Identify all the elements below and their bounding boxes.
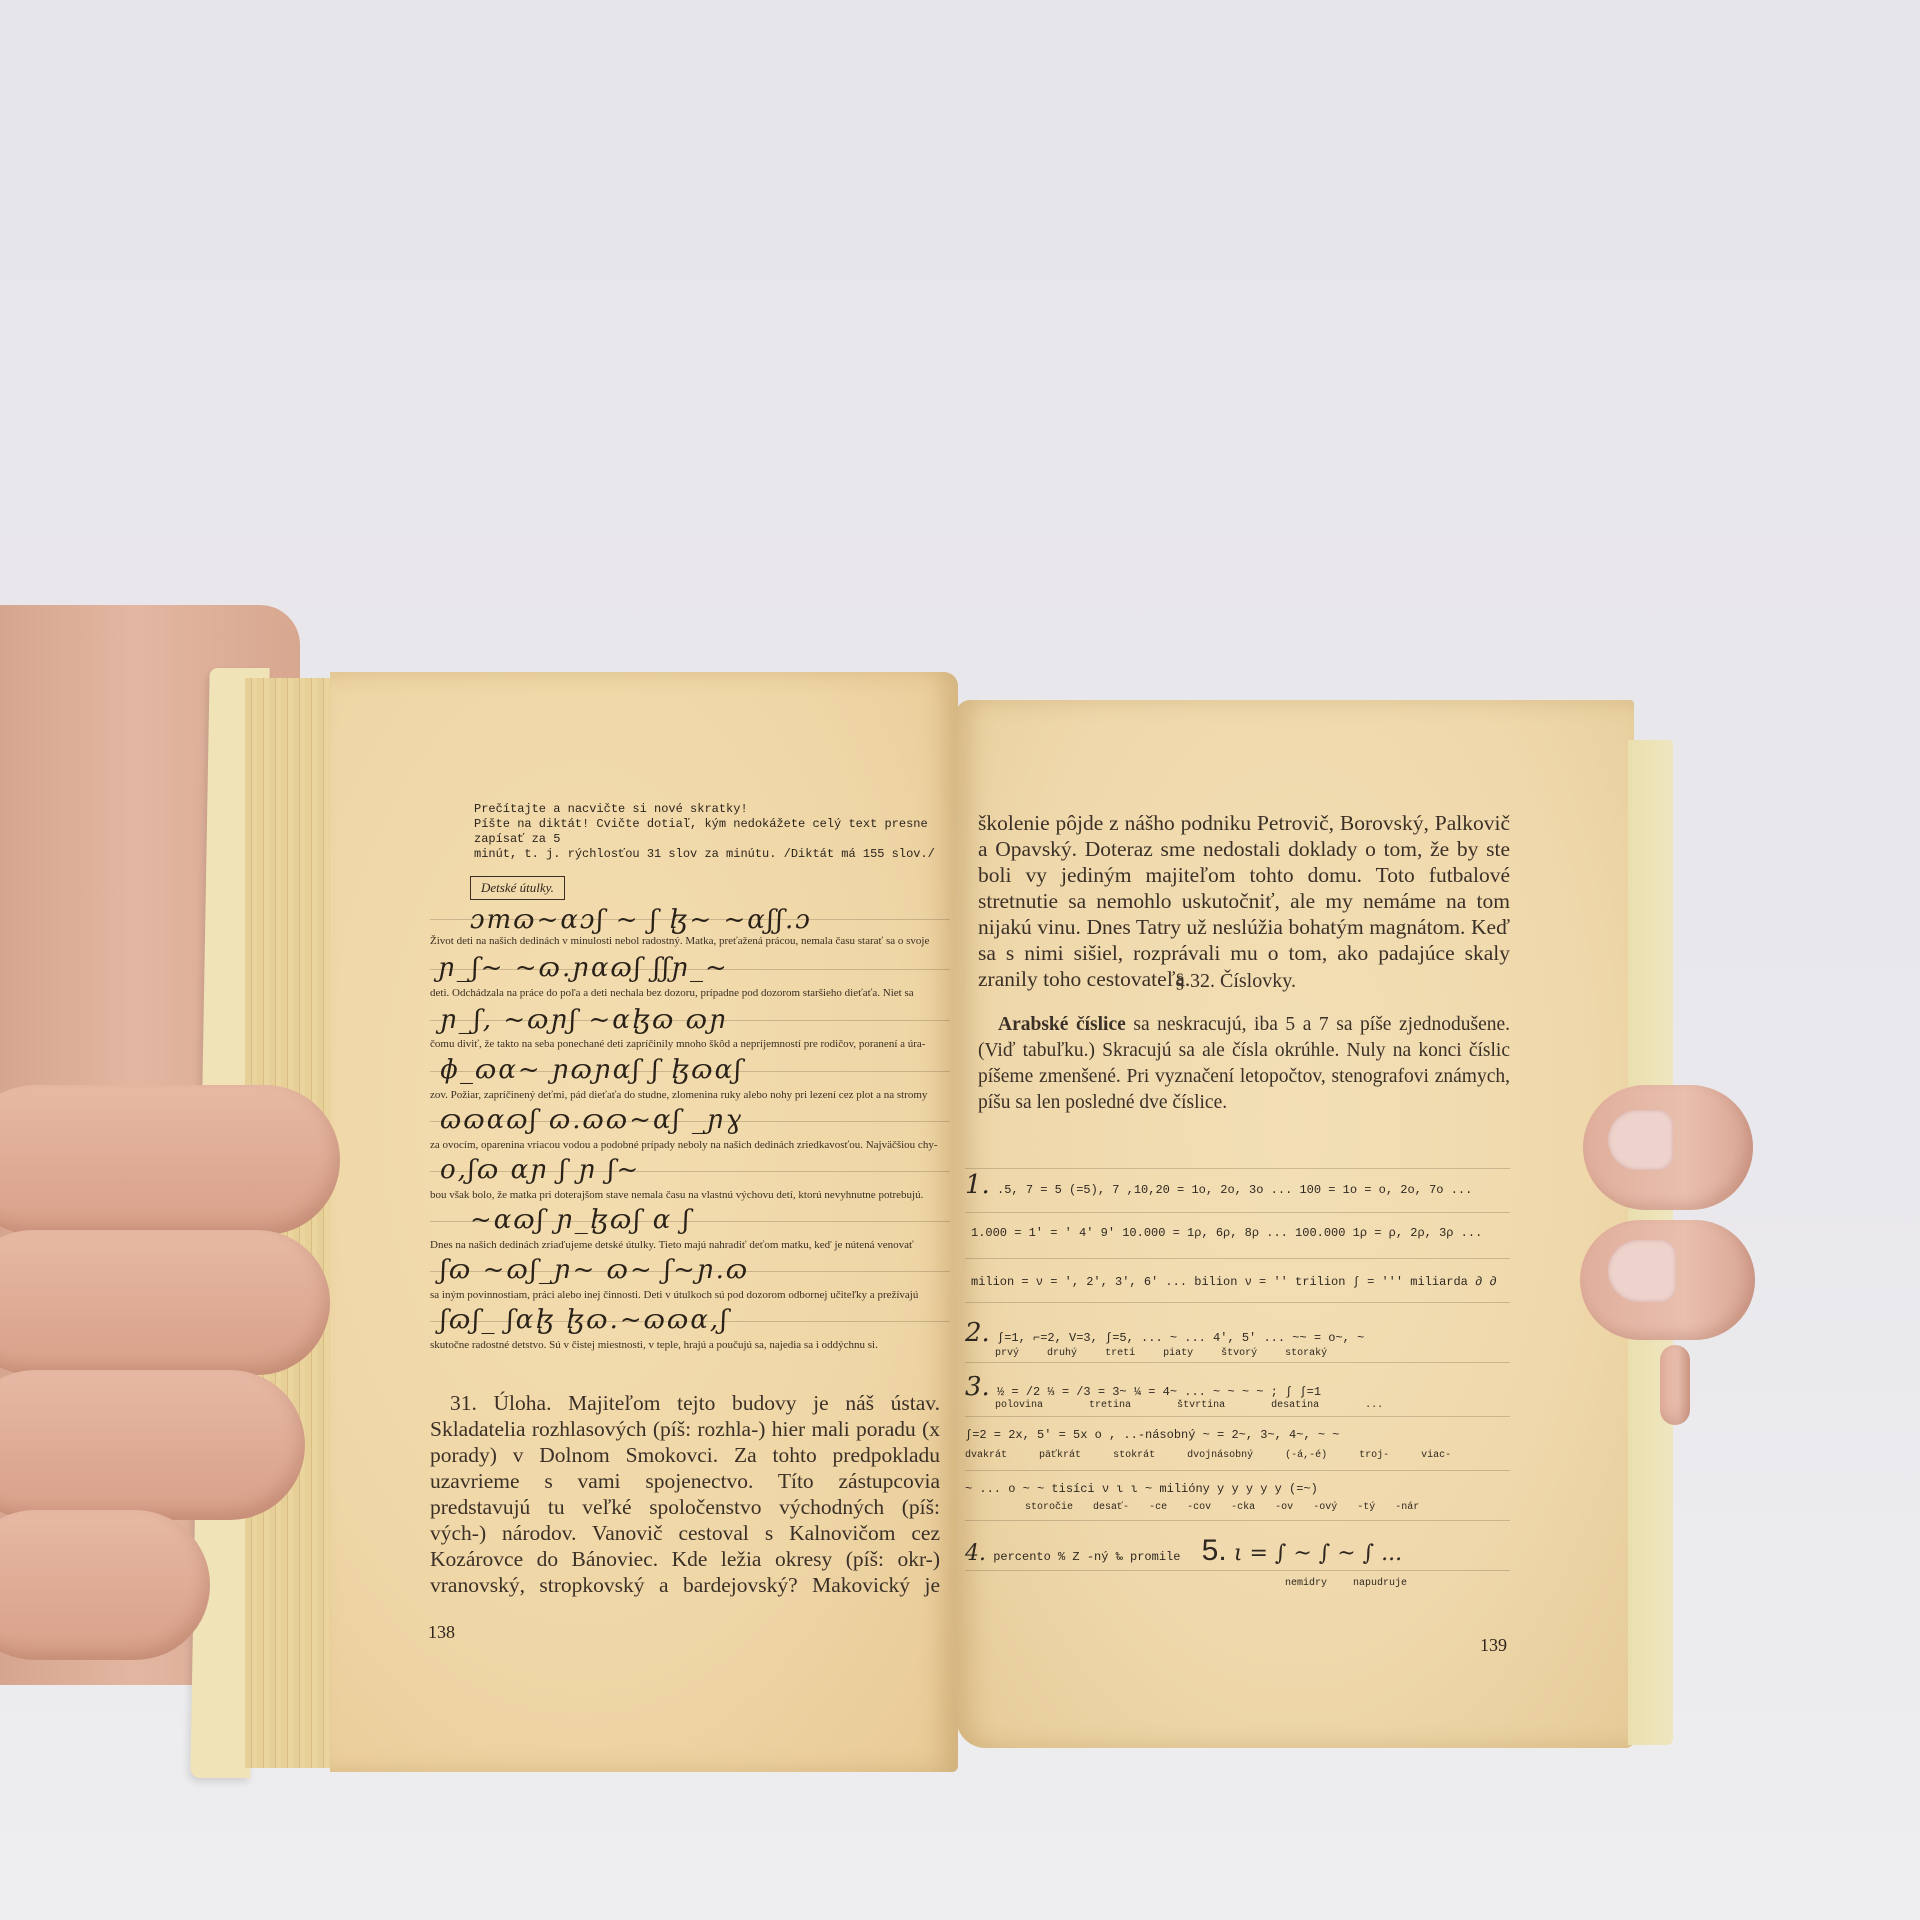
- instruction-line: Píšte na diktát! Cvičte dotiaľ, kým nedo…: [474, 817, 944, 847]
- right-finger-upper: [1583, 1085, 1753, 1210]
- dictation-line: Život deti na našich dedinách v minulost…: [430, 935, 950, 947]
- page-number-left: 138: [428, 1622, 455, 1643]
- instruction-line: Prečítajte a nacvičte si nové skratky!: [474, 802, 944, 817]
- left-thumb: [0, 1085, 340, 1235]
- left-middle-finger: [0, 1370, 305, 1520]
- dictation-line: za ovocím, oparenina vriacou vodou a pod…: [430, 1139, 950, 1151]
- table-row-labels: prvý druhý tretí piaty štvorý storaký: [995, 1348, 1327, 1359]
- table-row: ~ ... o ~ ~ tisíci ν ι ι ~ milióny y y y…: [965, 1482, 1318, 1496]
- table-row: milion = ν = ', 2', 3', 6' ... bilion ν …: [971, 1275, 1497, 1289]
- dictation-line: čomu diviť, že takto na seba ponechané d…: [430, 1038, 950, 1050]
- shorthand-line: ʃɷʃ_ ʃɑɮ ɮɷ.~ɷɷɑ,ʃ: [440, 1305, 729, 1335]
- shorthand-line: ɲ_ʃ, ~ɷɲʃ ~ɑɮɷ ɷɲ: [440, 1005, 728, 1035]
- fingernail: [1608, 1240, 1676, 1302]
- table-row-labels: nemidry napudruje: [1285, 1578, 1407, 1589]
- shorthand-line: ɸ_ɷɑ~ ɲɷɲɑʃ ʃ ɮɷɑʃ: [440, 1055, 743, 1085]
- dictation-line: zov. Požiar, zapríčinený deťmi, pád dieť…: [430, 1089, 950, 1101]
- right-finger-tip: [1660, 1345, 1690, 1425]
- table-row-labels: dvakrát päťkrát stokrát dvojnásobný (-á,…: [965, 1450, 1451, 1461]
- table-row: 1. .5, 7 = 5 (=5), 7 ,10,20 = 1o, 2o, 3o…: [965, 1170, 1472, 1200]
- fingernail: [1608, 1110, 1673, 1170]
- section-paragraph: Arabské číslice sa neskracujú, iba 5 a 7…: [978, 1012, 1510, 1116]
- exercise-31: 31. Úloha. Majiteľom tejto budovy je náš…: [430, 1390, 940, 1602]
- right-finger-lower: [1580, 1220, 1755, 1340]
- shorthand-line: ~ɑɷʃ ɲ_ɮɷʃ ɑ ʃ: [470, 1205, 692, 1235]
- table-row: 4. percento % Z -ný ‰ promile 5. ι = ∫ ~…: [965, 1534, 1402, 1568]
- table-row: 1.000 = 1' = ' 4' 9' 10.000 = 1ρ, 6ρ, 8ρ…: [971, 1226, 1482, 1240]
- shorthand-line: ɔmɷ~ɑɔʃ ~ ʃ ɮ~ ~ɑʃʃ.ɔ: [470, 905, 812, 935]
- dictation-line: Dnes na našich dedinách zriaďujeme detsk…: [430, 1239, 950, 1251]
- table-row: 2. ∫=1, ⌐=2, V=3, ∫=5, ... ~ ... 4', 5' …: [965, 1318, 1364, 1348]
- instruction-line: minút, t. j. rýchlosťou 31 slov za minút…: [474, 847, 944, 862]
- dictation-line: sa iným povinnostiam, práci alebo inej č…: [430, 1289, 950, 1301]
- section-heading: § 32. Číslovky.: [1175, 970, 1296, 993]
- shorthand-line: ɷɷɑɷʃ ɷ.ɷɷ~ɑʃ _ɲɣ: [440, 1105, 743, 1135]
- numerals-table: 1. .5, 7 = 5 (=5), 7 ,10,20 = 1o, 2o, 3o…: [965, 1150, 1510, 1600]
- dictation-block: ɔmɷ~ɑɔʃ ~ ʃ ɮ~ ~ɑʃʃ.ɔ Život deti na naši…: [430, 905, 950, 1335]
- exercise-label: 31. Úloha.: [450, 1391, 551, 1415]
- exercise-text: Majiteľom tejto budovy je náš ústav. Skl…: [430, 1391, 940, 1602]
- table-row-labels: storočie desať- -ce -cov -cka -ov -ový -…: [1025, 1502, 1419, 1513]
- dictation-line: skutočne radostné detstvo. Sú v čistej m…: [430, 1339, 950, 1351]
- continuation-paragraph: školenie pôjde z nášho podniku Petrovič,…: [978, 810, 1510, 992]
- shorthand-line: ʃɷ ~ɷʃ_ɲ~ ɷ~ ʃ~ɲ.ɷ: [440, 1255, 749, 1285]
- section-box-title: Detské útulky.: [470, 876, 565, 900]
- table-row-labels: polovina tretina štvrtina desatina ...: [995, 1400, 1383, 1411]
- left-index-finger: [0, 1230, 330, 1375]
- instructions: Prečítajte a nacvičte si nové skratky! P…: [474, 802, 944, 862]
- dictation-line: bou však bolo, že matka pri doterajšom s…: [430, 1189, 950, 1201]
- left-ring-finger: [0, 1510, 210, 1660]
- shorthand-line: o,ʃɷ ɑɲ ʃ ɲ ʃ~: [440, 1155, 640, 1185]
- page-number-right: 139: [1480, 1635, 1507, 1656]
- dictation-line: deti. Odchádzala na práce do poľa a deti…: [430, 987, 950, 999]
- table-row: 3. ½ = /2 ⅓ = /3 = 3~ ¼ = 4~ ... ~ ~ ~ ~…: [965, 1372, 1321, 1402]
- shorthand-line: ɲ_ʃ~ ~ɷ.ɲɑɷʃ ʃʃɲ_~: [438, 953, 729, 983]
- section-bold-term: Arabské číslice: [998, 1014, 1126, 1035]
- table-row: ∫=2 = 2x, 5' = 5x o , ..-násobný ~ = 2~,…: [965, 1428, 1339, 1442]
